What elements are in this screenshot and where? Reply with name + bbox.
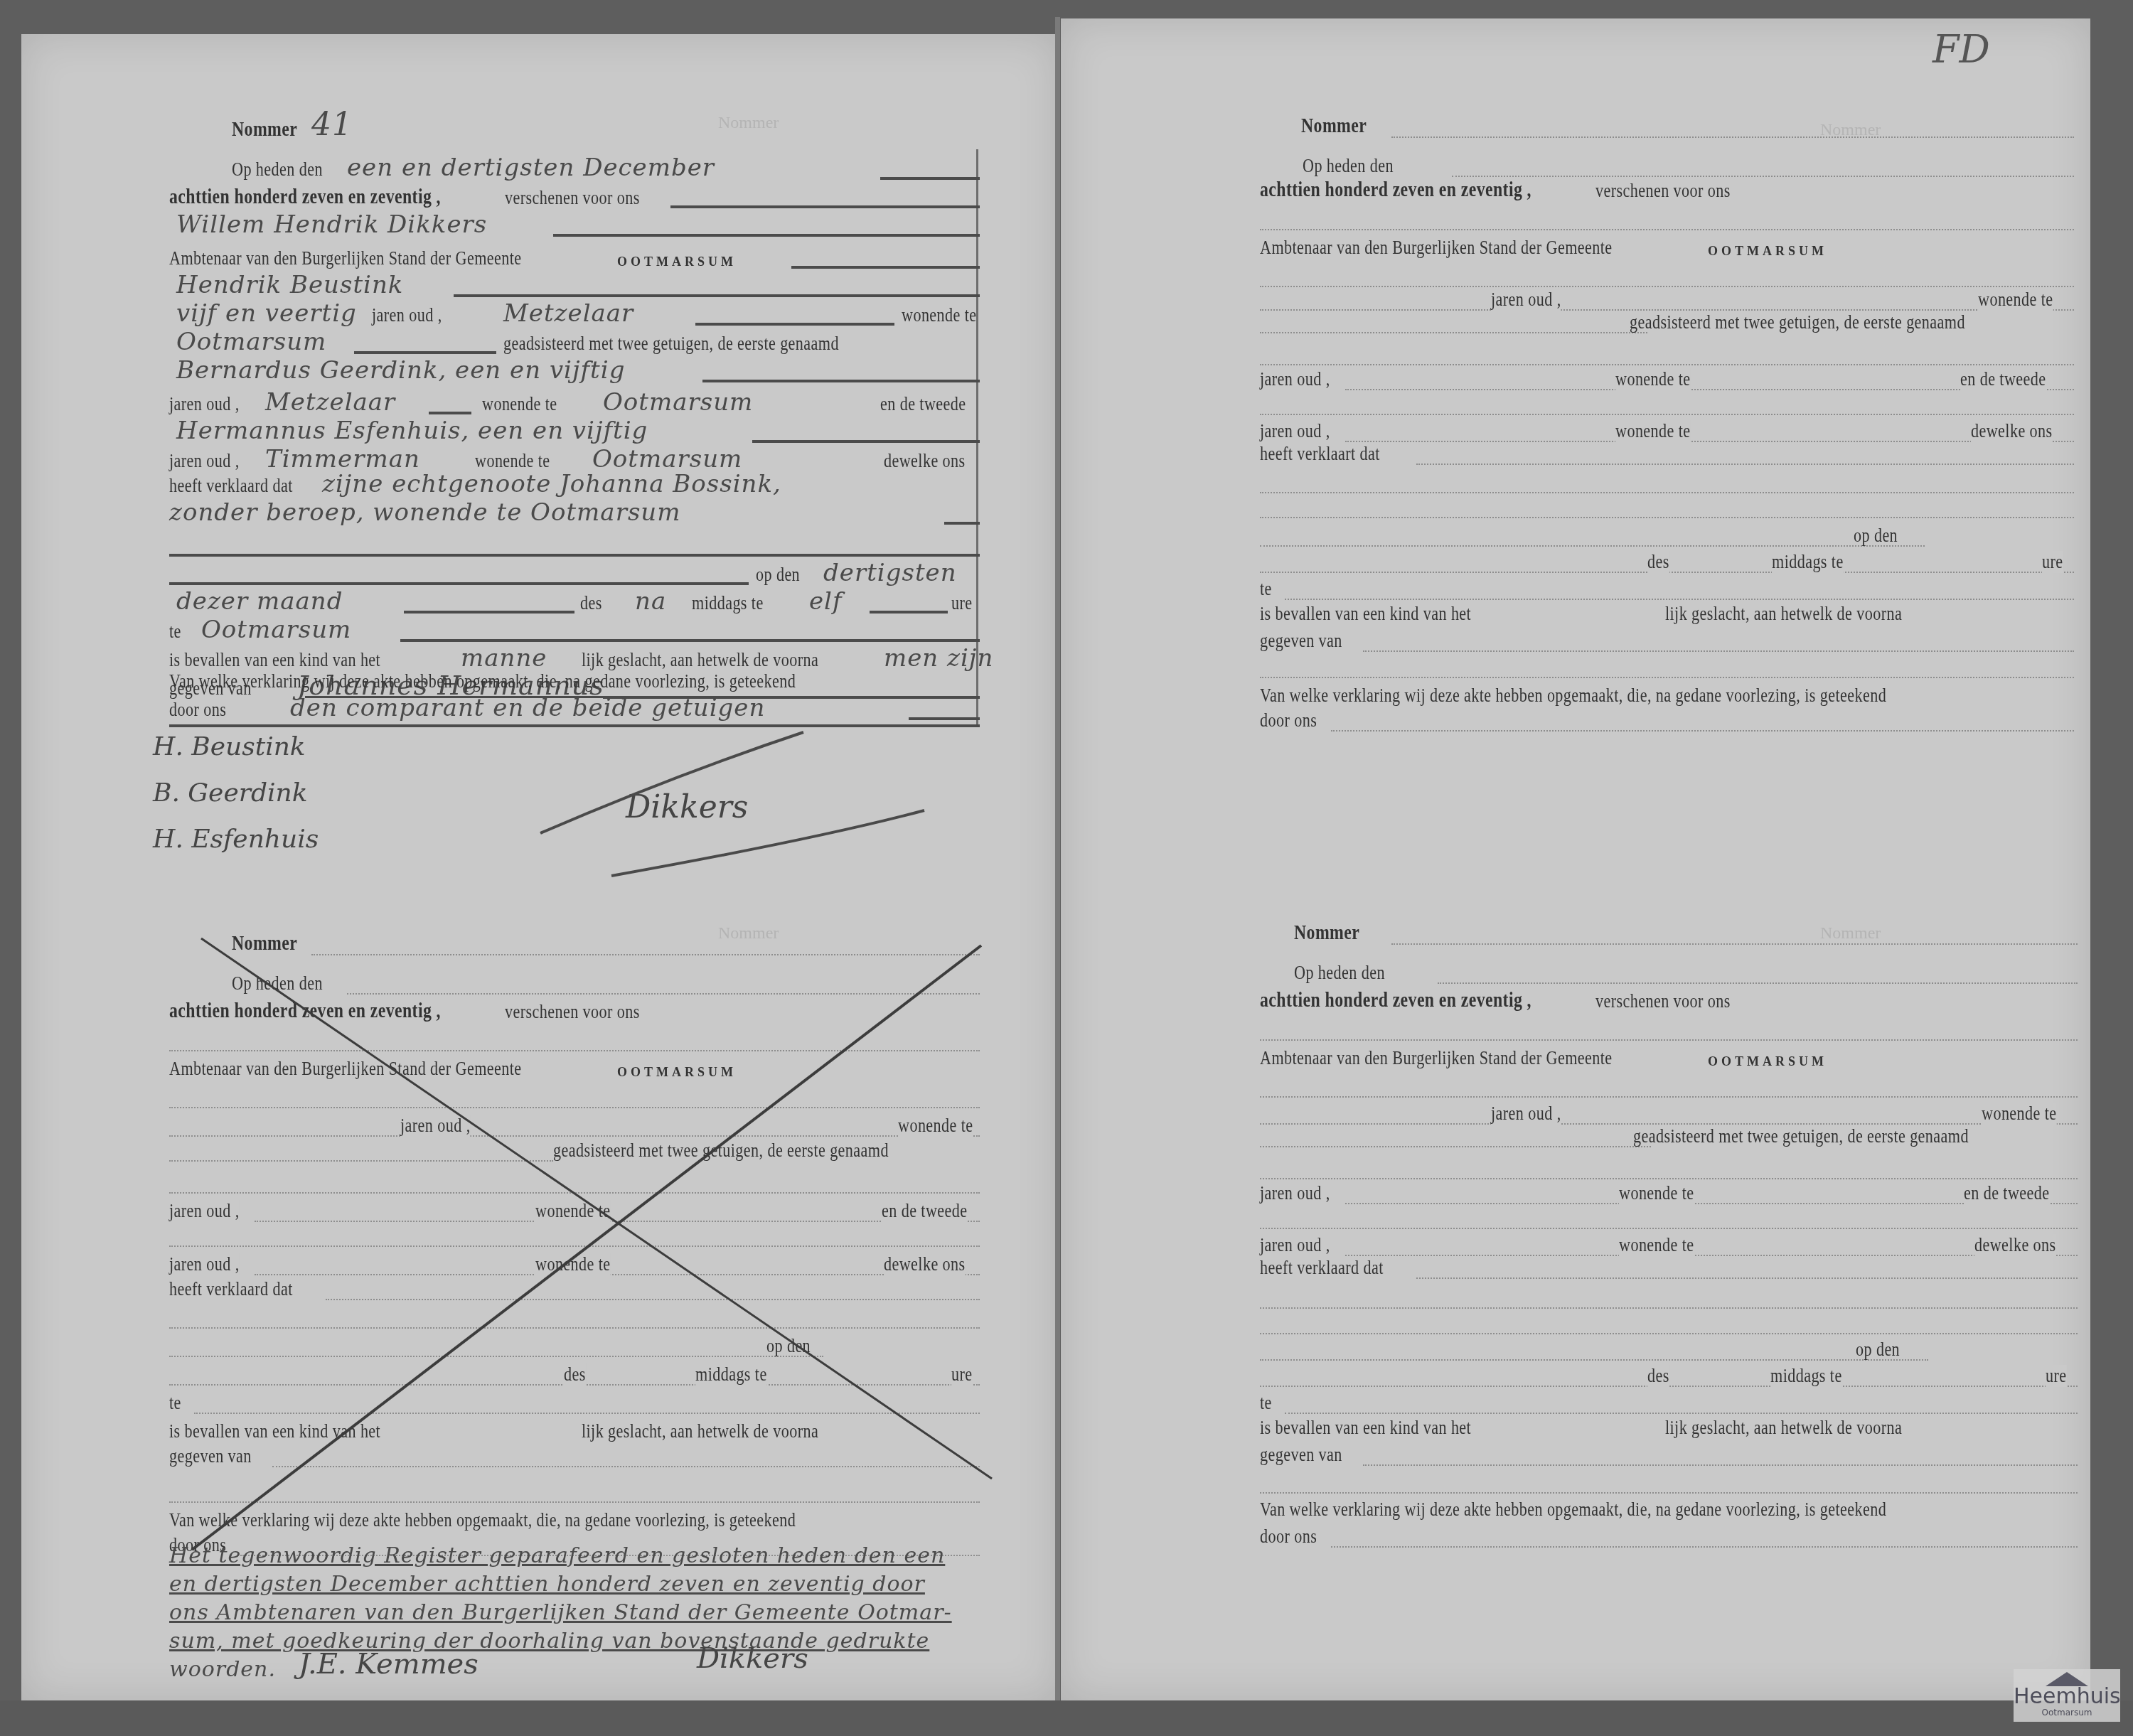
nommer-label: Nommer	[232, 118, 297, 141]
wonende-te-label: wonende te	[898, 1115, 973, 1137]
ambtenaar-label: Ambtenaar van den Burgerlijken Stand der…	[1260, 237, 1613, 259]
ambtenaar-label: Ambtenaar van den Burgerlijken Stand der…	[1260, 1047, 1613, 1069]
jaren-oud-label: jaren oud ,	[1260, 1182, 1330, 1204]
middags-te-label: middags te	[1772, 551, 1844, 573]
blank-form-bottom-right: Nommer Op heden den achttien honderd zev…	[1260, 921, 2078, 1532]
nommer-label: Nommer	[232, 932, 297, 955]
declarant-residence: Ootmarsum	[176, 328, 326, 356]
middags-te-label: middags te	[695, 1363, 767, 1386]
jaren-oud-label: jaren oud ,	[169, 1200, 240, 1222]
geadsisteerd-label: geadsisteerd met twee getuigen, de eerst…	[1633, 1125, 1969, 1147]
gemeente-label: OOTMARSUM	[617, 254, 737, 269]
op-den-label: op den	[1854, 525, 1898, 547]
verschenen-label: verschenen voor ons	[1595, 990, 1731, 1012]
geslacht-label: lijk geslacht, aan hetwelk de voorna	[1665, 603, 1902, 625]
witness1-name: Bernardus Geerdink, een en vijftig	[176, 356, 625, 385]
birth-month: dezer maand	[176, 587, 343, 616]
wonende-te-label: wonende te	[1978, 289, 2053, 311]
en-de-tweede-label: en de tweede	[880, 393, 966, 415]
closing-signature-1: J.E. Kemmes	[299, 1648, 479, 1681]
heeft-verklaart-label: heeft verklaart dat	[1260, 443, 1380, 465]
wonende-te-label: wonende te	[1982, 1103, 2057, 1125]
witness2-occupation: Timmerman	[265, 445, 420, 473]
verklaring-label: Van welke verklaring wij deze akte hebbe…	[1260, 1499, 1886, 1521]
te-label: te	[169, 621, 181, 643]
year-label: achttien honderd zeven en zeventig ,	[169, 186, 441, 209]
verklaring-label: Van welke verklaring wij deze akte hebbe…	[169, 1509, 796, 1531]
fill-line	[880, 177, 980, 180]
te-label: te	[169, 1392, 181, 1414]
dewelke-ons-label: dewelke ons	[1971, 420, 2053, 442]
wonende-te-label: wonende te	[535, 1253, 611, 1275]
fill-line	[944, 522, 980, 525]
jaren-oud-label: jaren oud ,	[372, 304, 442, 326]
jaren-oud-label: jaren oud ,	[1491, 289, 1561, 311]
verklaring-label: Van welke verklaring wij deze akte hebbe…	[1260, 685, 1886, 707]
officer-name: Willem Hendrik Dikkers	[176, 210, 487, 239]
wonende-te-label: wonende te	[902, 304, 977, 326]
bevallen-label: is bevallen van een kind van het	[1260, 603, 1471, 625]
fill-line	[404, 611, 574, 614]
birth-day: dertigsten	[823, 559, 957, 587]
jaren-oud-label: jaren oud ,	[400, 1115, 471, 1137]
declarant-occupation: Metzelaar	[503, 299, 634, 328]
ure-label: ure	[2046, 1365, 2067, 1387]
birth-hour: elf	[809, 587, 843, 616]
heeft-verklaard-label: heeft verklaard dat	[1260, 1257, 1384, 1279]
witness2-residence: Ootmarsum	[592, 445, 742, 473]
jaren-oud-label: jaren oud ,	[169, 393, 240, 415]
fill-line	[354, 351, 496, 354]
witness1-residence: Ootmarsum	[603, 388, 753, 417]
jaren-oud-label: jaren oud ,	[169, 450, 240, 472]
fill-line	[454, 294, 980, 297]
en-de-tweede-label: en de tweede	[1964, 1182, 2049, 1204]
op-heden-label: Op heden den	[232, 973, 323, 995]
signature-witness2: H. Esfenhuis	[153, 825, 319, 854]
watermark-name: Heemhuis	[2014, 1686, 2120, 1708]
middags-te-label: middags te	[1770, 1365, 1842, 1387]
jaren-oud-label: jaren oud ,	[1260, 1234, 1330, 1256]
des-label: des	[1647, 551, 1669, 573]
year-label: achttien honderd zeven en zeventig ,	[1260, 989, 1531, 1012]
closing-note: Het tegenwoordig Register geparafeerd en…	[169, 1543, 994, 1699]
door-ons-label: door ons	[1260, 709, 1317, 732]
heemhuis-watermark: Heemhuis Ootmarsum	[2014, 1669, 2120, 1722]
geslacht-label: lijk geslacht, aan hetwelk de voorna	[1665, 1417, 1902, 1439]
fill-line	[169, 554, 980, 557]
wonende-te-label: wonende te	[1615, 420, 1691, 442]
jaren-oud-label: jaren oud ,	[1260, 368, 1330, 390]
year-label: achttien honderd zeven en zeventig ,	[169, 1000, 441, 1023]
nommer-label: Nommer	[1294, 921, 1359, 945]
op-heden-label: Op heden den	[232, 159, 323, 181]
signed-by: den comparant en de beide getuigen	[290, 694, 765, 722]
wonende-te-label: wonende te	[1619, 1234, 1694, 1256]
verschenen-label: verschenen voor ons	[505, 1001, 640, 1023]
fill-line	[870, 611, 948, 614]
ambtenaar-label: Ambtenaar van den Burgerlijken Stand der…	[169, 247, 522, 269]
bevallen-label: is bevallen van een kind van het	[1260, 1417, 1471, 1439]
closing-line-5: woorden.	[169, 1657, 276, 1682]
des-label: des	[580, 592, 602, 614]
crossed-out-form: Nommer Op heden den achttien honderd zev…	[169, 931, 980, 1472]
wonende-te-label: wonende te	[1615, 368, 1691, 390]
heeft-verklaard-label: heeft verklaard dat	[169, 475, 293, 497]
gemeente-label: OOTMARSUM	[1708, 244, 1827, 259]
wonende-te-label: wonende te	[475, 450, 550, 472]
closing-line-3: ons Ambtenaren van den Burgerlijken Stan…	[169, 1600, 952, 1625]
geslacht-label: lijk geslacht, aan hetwelk de voorna	[582, 1420, 818, 1442]
verschenen-label: verschenen voor ons	[1595, 180, 1731, 202]
jaren-oud-label: jaren oud ,	[1491, 1103, 1561, 1125]
record-number: 41	[311, 107, 353, 143]
book-gutter	[1055, 17, 1060, 1702]
ure-label: ure	[951, 1363, 973, 1386]
year-label: achttien honderd zeven en zeventig ,	[1260, 178, 1531, 202]
closing-line-1: Het tegenwoordig Register geparafeerd en…	[169, 1543, 945, 1568]
fill-line	[429, 412, 471, 414]
dewelke-ons-label: dewelke ons	[884, 1253, 966, 1275]
op-heden-label: Op heden den	[1303, 155, 1394, 177]
gemeente-label: OOTMARSUM	[1708, 1054, 1827, 1069]
verklaring-label: Van welke verklaring wij deze akte hebbe…	[169, 670, 796, 692]
bevallen-label: is bevallen van een kind van het	[169, 1420, 380, 1442]
op-den-label: op den	[766, 1335, 811, 1357]
verschenen-label: verschenen voor ons	[505, 187, 640, 209]
statement-line-1: zijne echtgenoote Johanna Bossink,	[322, 470, 781, 498]
watermark-place: Ootmarsum	[2014, 1708, 2120, 1718]
te-label: te	[1260, 1392, 1272, 1414]
ure-label: ure	[951, 592, 973, 614]
wonende-te-label: wonende te	[535, 1200, 611, 1222]
gegeven-van-label: gegeven van	[1260, 1444, 1342, 1466]
birth-place: Ootmarsum	[201, 616, 351, 644]
dewelke-ons-label: dewelke ons	[1974, 1234, 2056, 1256]
fill-line	[791, 266, 980, 269]
signature-witness1: B. Geerdink	[153, 778, 307, 808]
record-41: Nommer 41 Op heden den een en dertigsten…	[169, 107, 980, 725]
record-date: een en dertigsten December	[347, 154, 715, 182]
signature-officer: Dikkers	[626, 789, 748, 825]
middags-te-label: middags te	[692, 592, 764, 614]
closing-signature-2: Dikkers	[697, 1642, 808, 1675]
gegeven-van-label: gegeven van	[169, 1445, 252, 1467]
ambtenaar-label: Ambtenaar van den Burgerlijken Stand der…	[169, 1058, 522, 1080]
te-label: te	[1260, 578, 1272, 600]
closing-line-4: sum, met goedkeuring der doorhaling van …	[169, 1629, 929, 1654]
des-label: des	[564, 1363, 586, 1386]
statement-line-2: zonder beroep, wonende te Ootmarsum	[169, 498, 680, 527]
jaren-oud-label: jaren oud ,	[169, 1253, 240, 1275]
signature-declarant: H. Beustink	[153, 732, 306, 761]
nommer-label: Nommer	[1301, 114, 1367, 138]
declarant-name: Hendrik Beustink	[176, 271, 403, 299]
wonende-te-label: wonende te	[1619, 1182, 1694, 1204]
des-label: des	[1647, 1365, 1669, 1387]
witness1-occupation: Metzelaar	[265, 388, 395, 417]
fill-line	[670, 205, 980, 208]
gemeente-label: OOTMARSUM	[617, 1065, 737, 1080]
page-mark: FD	[1932, 27, 1990, 72]
en-de-tweede-label: en de tweede	[882, 1200, 967, 1222]
scan-background	[0, 1700, 2133, 1736]
fill-line	[553, 234, 980, 237]
fill-line	[909, 717, 980, 720]
wonende-te-label: wonende te	[482, 393, 557, 415]
geadsisteerd-label: geadsisteerd met twee getuigen, de eerst…	[553, 1140, 889, 1162]
witness2-name: Hermannus Esfenhuis, een en vijftig	[176, 417, 648, 445]
en-de-tweede-label: en de tweede	[1960, 368, 2046, 390]
jaren-oud-label: jaren oud ,	[1260, 420, 1330, 442]
op-den-label: op den	[756, 564, 800, 586]
ure-label: ure	[2042, 551, 2063, 573]
op-heden-label: Op heden den	[1294, 962, 1385, 984]
dewelke-ons-label: dewelke ons	[884, 450, 966, 472]
fill-line	[702, 380, 980, 382]
closing-line-2: en dertigsten December achttien honderd …	[169, 1572, 925, 1597]
door-ons-label: door ons	[169, 699, 226, 721]
fill-line	[695, 323, 894, 326]
declarant-age: vijf en veertig	[176, 299, 357, 328]
fill-line	[400, 639, 980, 642]
heeft-verklaard-label: heeft verklaard dat	[169, 1278, 293, 1300]
door-ons-label: door ons	[1260, 1526, 1317, 1548]
geadsisteerd-label: geadsisteerd met twee getuigen, de eerst…	[1630, 311, 1965, 333]
blank-form-top-right: Nommer Op heden den achttien honderd zev…	[1260, 107, 2074, 718]
fill-line	[752, 440, 980, 443]
fill-line	[169, 582, 749, 585]
op-den-label: op den	[1856, 1339, 1900, 1361]
geadsisteerd-label: geadsisteerd met twee getuigen, de eerst…	[503, 333, 839, 355]
birth-daypart: na	[635, 587, 666, 616]
gegeven-van-label: gegeven van	[1260, 630, 1342, 652]
